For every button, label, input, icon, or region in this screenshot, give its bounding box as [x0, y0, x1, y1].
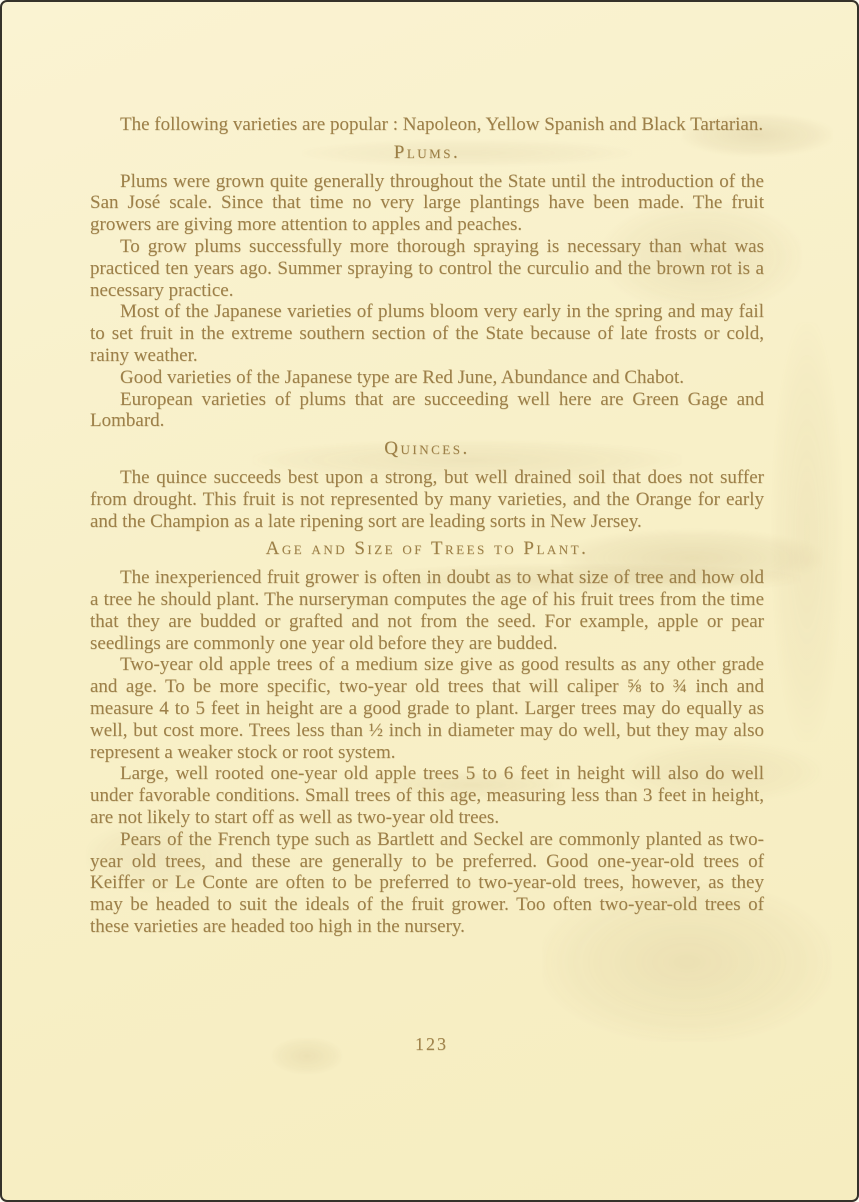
section-heading: Quinces.: [90, 438, 764, 460]
body-paragraph: Large, well rooted one-year old apple tr…: [90, 763, 764, 828]
section-heading: Plums.: [90, 142, 764, 164]
body-paragraph: The following varieties are popular : Na…: [90, 114, 764, 136]
body-paragraph: Plums were grown quite generally through…: [90, 171, 764, 236]
body-paragraph: Most of the Japanese varieties of plums …: [90, 301, 764, 366]
body-paragraph: Good varieties of the Japanese type are …: [90, 367, 764, 389]
body-paragraph: To grow plums successfully more thorough…: [90, 236, 764, 301]
section-heading: Age and Size of Trees to Plant.: [90, 538, 764, 560]
body-paragraph: Two-year old apple trees of a medium siz…: [90, 654, 764, 763]
body-paragraph: The quince succeeds best upon a strong, …: [90, 467, 764, 532]
page-text-column: The following varieties are popular : Na…: [90, 114, 764, 938]
bleedthrough-smudge: [772, 322, 842, 742]
scanned-page: The following varieties are popular : Na…: [0, 0, 859, 1202]
body-paragraph: European varieties of plums that are suc…: [90, 389, 764, 433]
page-number: 123: [2, 1034, 859, 1055]
body-paragraph: The inexperienced fruit grower is often …: [90, 567, 764, 654]
body-paragraph: Pears of the French type such as Bartlet…: [90, 829, 764, 938]
